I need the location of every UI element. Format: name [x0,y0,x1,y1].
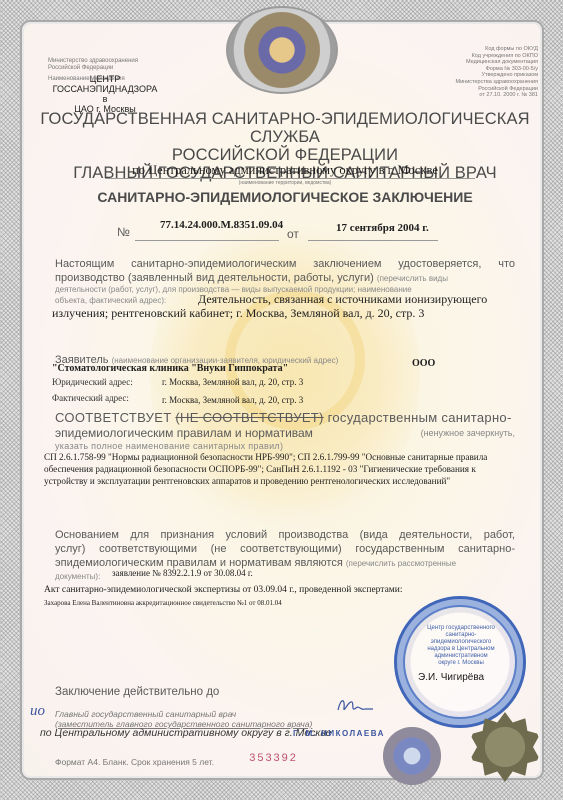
actual-address: г. Москва, Земляной вал, д. 20, стр. 3 [162,395,303,405]
header-service: ГОСУДАРСТВЕННАЯ САНИТАРНО-ЭПИДЕМИОЛОГИЧЕ… [30,110,540,146]
form-line: Министерства здравоохранения [430,79,538,86]
number-underline [135,240,279,241]
date-label: от [287,227,299,241]
applicant-name: "Стоматологическая клиника "Внуки Гиппок… [52,363,288,374]
form-line: Утверждено приказом [430,72,538,79]
document-date: 17 сентября 2004 г. [336,222,429,234]
form-line: Российской Федерации [430,86,538,93]
compliance-hint-line3: указать полное наименование санитарных п… [55,441,283,451]
form-line: Код учреждения по ОКПО [430,53,538,60]
official-stamp: Центр государственного санитарно-эпидеми… [394,596,526,728]
not-complies-struck: (НЕ СООТВЕТСТВУЕТ) [175,410,323,425]
form-line: Медицинская документация [430,59,538,66]
signatory-territory: по Центральному административному округу… [40,727,331,739]
territory-underline [105,178,475,179]
territory: по Центральному административному округу… [100,163,470,178]
signatory-title-line: Главный государственный санитарный врач [55,709,312,719]
signer-name: Г. М. НИКОЛАЕВА [293,729,385,738]
basis-hint: (перечислить рассмотренные [346,559,456,568]
compliance-rest: государственным санитарно- [328,410,512,425]
complies-text: СООТВЕТСТВУЕТ [55,410,171,425]
ministry-block: Министерство здравоохранения Российской … [48,58,138,72]
stamp-signer: Э.И. Чигирёва [418,672,484,683]
activity-line1: Деятельность, связанная с источниками ио… [198,292,487,307]
institution-line: ГОССАНЭПИДНАДЗОРА в [50,84,160,104]
signature-scribble [335,696,375,718]
legal-address: г. Москва, Земляной вал, д. 20, стр. 3 [162,377,303,387]
rules-list: СП 2.6.1.758-99 "Нормы радиационной безо… [44,451,544,487]
certifies-line2: производство (заявленный вид деятельност… [55,272,515,285]
stamp-text: Центр государственного санитарно-эпидеми… [425,625,497,667]
handwritten-io: ио [30,703,45,720]
ministry-line: Министерство здравоохранения [48,58,138,65]
compliance-line2: эпидемиологическим правилам и нормативам… [55,426,515,440]
basis-hint-line4: документы): [55,572,100,581]
rules-line: СП 2.6.1.758-99 "Нормы радиационной безо… [44,451,544,463]
form-line: от 27.10. 2000 г. № 381 [430,92,538,99]
number-label: № [117,225,130,239]
expertise-act: Акт санитарно-эпидемиологической эксперт… [44,585,403,595]
basis-line: услуг) соответствующими (не соответствую… [55,542,515,556]
basis-block: Основанием для признания условий произво… [55,528,515,571]
validity-label: Заключение действительно до [55,686,219,698]
compliance-rules-text: эпидемиологическим правилам и нормативам [55,426,313,440]
hologram-seal-icon [383,727,441,785]
document-title: САНИТАРНО-ЭПИДЕМИОЛОГИЧЕСКОЕ ЗАКЛЮЧЕНИЕ [30,189,540,205]
application-ref: заявление № 8392.2.1.9 от 30.08.04 г. [112,568,253,578]
date-underline [308,240,438,241]
compliance-hint: (ненужное зачеркнуть, [421,426,515,440]
territory-hint: (наименование территории, ведомства) [100,180,470,187]
legal-address-label: Юридический адрес: [52,377,133,387]
certifies-hint: (перечислить виды [377,274,448,283]
footer-format: Формат А4. Бланк. Срок хранения 5 лет. [55,757,214,767]
serial-number: 353392 [249,753,298,765]
institution-name: ЦЕНТР ГОССАНЭПИДНАДЗОРА в ЦАО г. Москвы [50,74,160,114]
signatory-title: Главный государственный санитарный врач … [55,709,312,729]
actual-address-label: Фактический адрес: [52,393,129,403]
applicant-org-form: ООО [412,358,435,369]
ministry-line: Российской Федерации [48,65,138,72]
certifies-intro: Настоящим санитарно-эпидемиологическим з… [55,258,515,271]
basis-line: Основанием для признания условий произво… [55,528,515,542]
certifies-hint-line4: объекта, фактический адрес): [55,296,166,305]
header-country: РОССИЙСКОЙ ФЕДЕРАЦИИ [30,146,540,164]
compliance-line1: СООТВЕТСТВУЕТ (НЕ СООТВЕТСТВУЕТ) государ… [55,410,515,425]
activity-line2: излучения; рентгеновский кабинет; г. Мос… [52,306,424,321]
expert-name: Захарова Елена Валентиновна аккредитацио… [44,599,282,607]
form-code-block: Код формы по ОКУД Код учреждения по ОКПО… [430,46,538,99]
form-line: Код формы по ОКУД [430,46,538,53]
rules-line: устройству и эксплуатации рентгеновских … [44,475,544,487]
rules-line: обеспечения радиационной безопасности ОС… [44,463,544,475]
institution-line: ЦЕНТР [50,74,160,84]
certifies-production: производство (заявленный вид деятельност… [55,272,374,284]
document-number: 77.14.24.000.М.8351.09.04 [160,219,283,231]
form-line: Форма № 303-00-5/у [430,66,538,73]
